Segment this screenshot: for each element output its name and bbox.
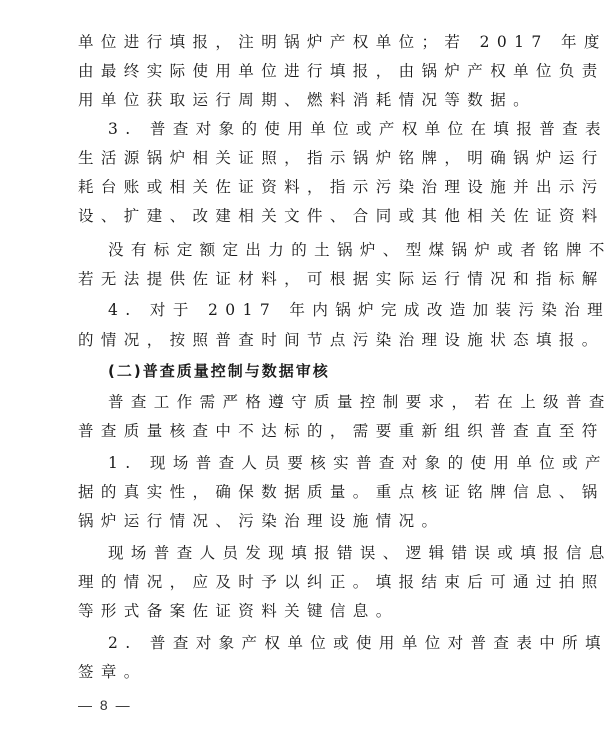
paragraph-line: 理的情况，应及时予以纠正。填报结束后可通过拍照、复印、扫描 (78, 572, 530, 592)
document-page: 单位进行填报，注明锅炉产权单位；若 2017 年度实际使用单位变更， 由最终实际… (0, 0, 605, 731)
paragraph-line: 的情况，按照普查时间节点污染治理设施状态填报。 (78, 330, 530, 350)
paragraph-line: 若无法提供佐证材料，可根据实际运行情况和指标解释要求填报。 (78, 269, 530, 289)
paragraph-line: 3. 普查对象的使用单位或产权单位在填报普查表时需主动出示 (108, 119, 560, 139)
paragraph-line: 耗台账或相关佐证资料，指示污染治理设施并出示污染治理设施建 (78, 177, 530, 197)
paragraph-line: 用单位获取运行周期、燃料消耗情况等数据。 (78, 90, 530, 110)
paragraph-line: 普查质量核查中不达标的，需要重新组织普查直至符合标准为止。 (78, 421, 530, 441)
paragraph-line: 1. 现场普查人员要核实普查对象的使用单位或产权单位填报数 (108, 453, 560, 473)
paragraph-line: 由最终实际使用单位进行填报，由锅炉产权单位负责联系变更前使 (78, 61, 530, 81)
section-heading: (二)普查质量控制与数据审核 (108, 361, 560, 381)
paragraph-line: 普查工作需严格遵守质量控制要求，若在上级普查机构组织的 (108, 392, 560, 412)
paragraph-line: 据的真实性，确保数据质量。重点核证铭牌信息、锅炉年运行时间、 (78, 482, 530, 502)
paragraph-line: 锅炉运行情况、污染治理设施情况。 (78, 511, 530, 531)
paragraph-line: 等形式备案佐证资料关键信息。 (78, 601, 530, 621)
paragraph-line: 设、扩建、改建相关文件、合同或其他相关佐证资料。 (78, 206, 530, 226)
paragraph-line: 现场普查人员发现填报错误、逻辑错误或填报信息不全、不合 (108, 543, 560, 563)
paragraph-line: 生活源锅炉相关证照，指示锅炉铭牌，明确锅炉运行周期，能源消 (78, 148, 530, 168)
paragraph-line: 2. 普查对象产权单位或使用单位对普查表中所填数据资料确认 (108, 633, 560, 653)
page-number: — 8 — (78, 697, 132, 713)
paragraph-line: 4. 对于 2017 年内锅炉完成改造加装污染治理设施并投入使用 (108, 300, 560, 320)
paragraph-line: 没有标定额定出力的土锅炉、型煤锅炉或者铭牌不清的锅炉， (108, 240, 560, 260)
paragraph-line: 签章。 (78, 662, 530, 682)
paragraph-line: 单位进行填报，注明锅炉产权单位；若 2017 年度实际使用单位变更， (78, 32, 530, 52)
